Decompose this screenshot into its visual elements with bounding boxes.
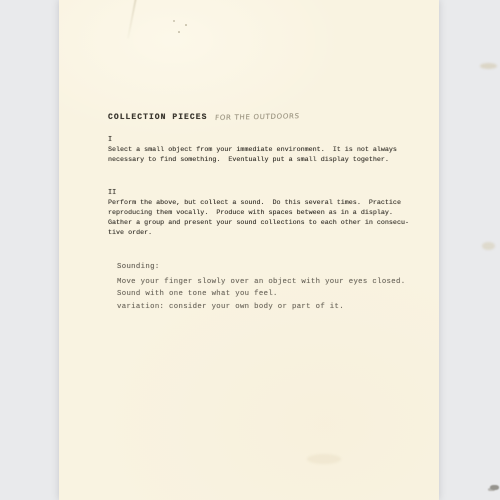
paragraph-line: Move your finger slowly over an object w… [117,276,405,288]
title-annotation: FOR THE OUTDOORS [215,112,300,122]
variation-line: variation: consider your own body or par… [117,303,344,311]
section-2-paragraph: Perform the above, but collect a sound. … [108,198,409,238]
paragraph-line: Perform the above, but collect a sound. … [108,198,409,208]
paper-speck [178,31,180,33]
paragraph-line: reproducing them vocally. Produce with s… [108,208,409,218]
paper-smudge [482,242,495,250]
paragraph-line: Gather a group and present your sound co… [108,218,409,228]
paper-sheet [59,0,439,500]
paper-smudge [307,454,341,464]
paper-smudge [480,63,497,69]
section-2-numeral: II [108,189,116,197]
paragraph-line: tive order. [108,228,409,238]
scan-background: COLLECTION PIECES FOR THE OUTDOORS I Sel… [0,0,500,500]
corner-smudge [490,485,499,490]
section-1-numeral: I [108,136,112,144]
sounding-heading: Sounding: [117,263,160,271]
paper-speck [185,24,187,26]
title-row: COLLECTION PIECES FOR THE OUTDOORS [108,113,300,122]
document-title: COLLECTION PIECES [108,113,207,122]
paper-speck [173,20,175,22]
paragraph-line: Sound with one tone what you feel. [117,288,405,300]
paragraph-line: Select a small object from your immediat… [108,145,397,155]
paragraph-line: necessary to find something. Eventually … [108,155,397,165]
paper-crease [127,0,137,39]
section-1-paragraph: Select a small object from your immediat… [108,145,397,165]
sounding-paragraph: Move your finger slowly over an object w… [117,276,405,300]
